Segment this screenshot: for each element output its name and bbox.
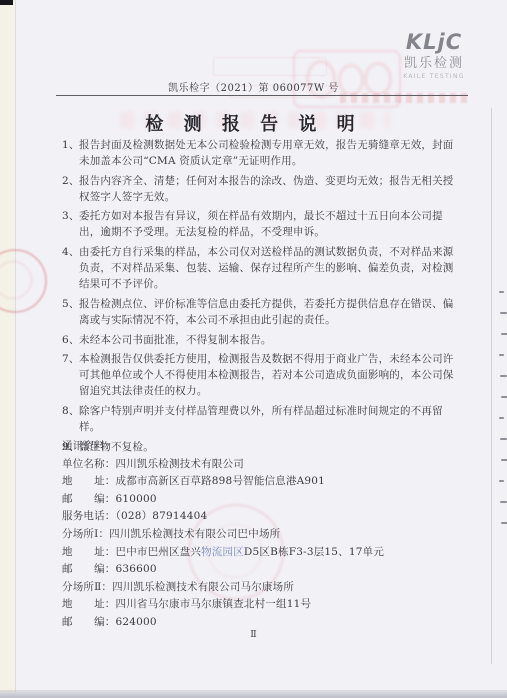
scan-bottom-edge	[0, 692, 507, 698]
scanned-report-page: KLjC 凯乐检测 KAILE TESTING 凯乐检字（2021）第 0600…	[0, 0, 507, 698]
address-highlight-text: 物流园区	[201, 546, 244, 558]
binding-tick-mark	[500, 501, 507, 503]
binding-tick-mark	[500, 312, 507, 314]
report-note-item: 4、 由委托方自行采集的样品，本公司仅对送检样品的测试数据负责，不对样品来源负责…	[62, 244, 458, 292]
item-text: 本检测报告仅供委托方使用，检测报告及数据不得用于商业广告，未经本公司许可其他单位…	[79, 351, 458, 399]
item-text: 报告内容齐全、清楚；任何对本报告的涂改、伪造、变更均无效；报告无相关授权签字人签…	[79, 173, 458, 205]
binding-tick-mark	[499, 480, 504, 482]
contact-line-text: 地 址：巴中市巴州区盘兴	[62, 546, 201, 558]
report-note-item: 7、 本检测报告仅供委托方使用，检测报告及数据不得用于商业广告，未经本公司许可其…	[62, 351, 458, 399]
item-number: 1、	[62, 137, 79, 169]
item-text: 由委托方自行采集的样品，本公司仅对送检样品的测试数据负责，不对样品来源负责，不对…	[79, 244, 458, 292]
company-logo: KLjC 凯乐检测 KAILE TESTING	[396, 30, 472, 81]
item-number: 8、	[62, 403, 79, 435]
report-note-item: 2、 报告内容齐全、清楚；任何对本报告的涂改、伪造、变更均无效；报告无相关授权签…	[62, 173, 458, 205]
item-text: 报告检测点位、评价标准等信息由委托方提供，若委托方提供信息存在错误、偏离或与实际…	[79, 296, 458, 328]
contact-line: 邮 编：636600	[62, 561, 462, 579]
item-number: 3、	[62, 208, 79, 240]
contact-line: 邮 编：610000	[62, 491, 462, 509]
binding-tick-mark	[499, 354, 504, 356]
binding-tick-mark	[501, 396, 507, 398]
report-note-item: 5、 报告检测点位、评价标准等信息由委托方提供，若委托方提供信息存在错误、偏离或…	[62, 296, 458, 328]
scan-left-edge	[0, 0, 15, 698]
contact-line: 地 址：成都市高新区百草路898号智能信息港A901	[62, 473, 462, 491]
item-number: 7、	[62, 351, 79, 399]
contact-line: 分场所Ⅰ：四川凯乐检测技术有限公司巴中场所	[62, 526, 462, 544]
logo-company-name-cn: 凯乐检测	[396, 56, 472, 71]
report-note-item: 1、 报告封面及检测数据处无本公司检验检测专用章无效，报告无骑缝章无效，封面未加…	[62, 137, 458, 169]
report-note-item: 6、 未经本公司书面批准，不得复制本报告。	[62, 332, 458, 348]
binding-tick-mark	[501, 522, 507, 524]
contact-line: 单位名称：四川凯乐检测技术有限公司	[62, 456, 462, 474]
item-text: 除客户特别声明并支付样品管理费以外，所有样品超过标准时间规定的不再留样。	[79, 403, 458, 435]
report-document-number: 凯乐检字（2021）第 060077W 号	[0, 79, 507, 94]
header-divider-line	[56, 95, 468, 96]
page-title: 检 测 报 告 说 明	[0, 110, 507, 136]
item-number: 5、	[62, 296, 79, 328]
binding-tick-mark	[499, 417, 504, 419]
item-number: 6、	[62, 332, 79, 348]
report-notes-list: 1、 报告封面及检测数据处无本公司检验检测专用章无效，报告无骑缝章无效，封面未加…	[62, 137, 458, 458]
contact-line: 分场所Ⅱ：四川凯乐检测技术有限公司马尔康场所	[62, 579, 462, 597]
contact-line-text: D5区B栋F3-3层15、17单元	[244, 546, 384, 558]
contact-info-section: 通讯资料： 单位名称：四川凯乐检测技术有限公司 地 址：成都市高新区百草路898…	[62, 438, 462, 632]
binding-tick-mark	[500, 438, 507, 440]
page-number: Ⅱ	[0, 629, 507, 640]
binding-tick-mark	[500, 375, 507, 377]
item-number: 4、	[62, 244, 79, 292]
binding-tick-mark	[499, 291, 504, 293]
binding-tick-mark	[501, 459, 507, 461]
report-note-item: 8、 除客户特别声明并支付样品管理费以外，所有样品超过标准时间规定的不再留样。	[62, 403, 458, 435]
logo-kljc-wordmark: KLjC	[396, 30, 472, 54]
scan-left-edge-line	[15, 0, 16, 698]
report-note-item: 3、 委托方如对本报告有异议，须在样品有效期内，最长不超过十五日向本公司提出，逾…	[62, 208, 458, 240]
item-number: 2、	[62, 173, 79, 205]
binding-tick-mark	[501, 333, 507, 335]
contact-line: 地 址：巴中市巴州区盘兴物流园区D5区B栋F3-3层15、17单元	[62, 544, 462, 562]
item-text: 报告封面及检测数据处无本公司检验检测专用章无效，报告无骑缝章无效，封面未加盖本公…	[79, 137, 458, 169]
scan-right-page-edge	[491, 108, 492, 664]
contact-line: 地 址：四川省马尔康市马尔康镇查北村一组11号	[62, 596, 462, 614]
contact-line: 服务电话：（028）87914404	[62, 508, 462, 526]
scan-corner-mark	[0, 0, 13, 5]
item-text: 委托方如对本报告有异议，须在样品有效期内，最长不超过十五日向本公司提出，逾期不予…	[79, 208, 458, 240]
contact-heading: 通讯资料：	[62, 438, 462, 456]
item-text: 未经本公司书面批准，不得复制本报告。	[79, 332, 458, 348]
